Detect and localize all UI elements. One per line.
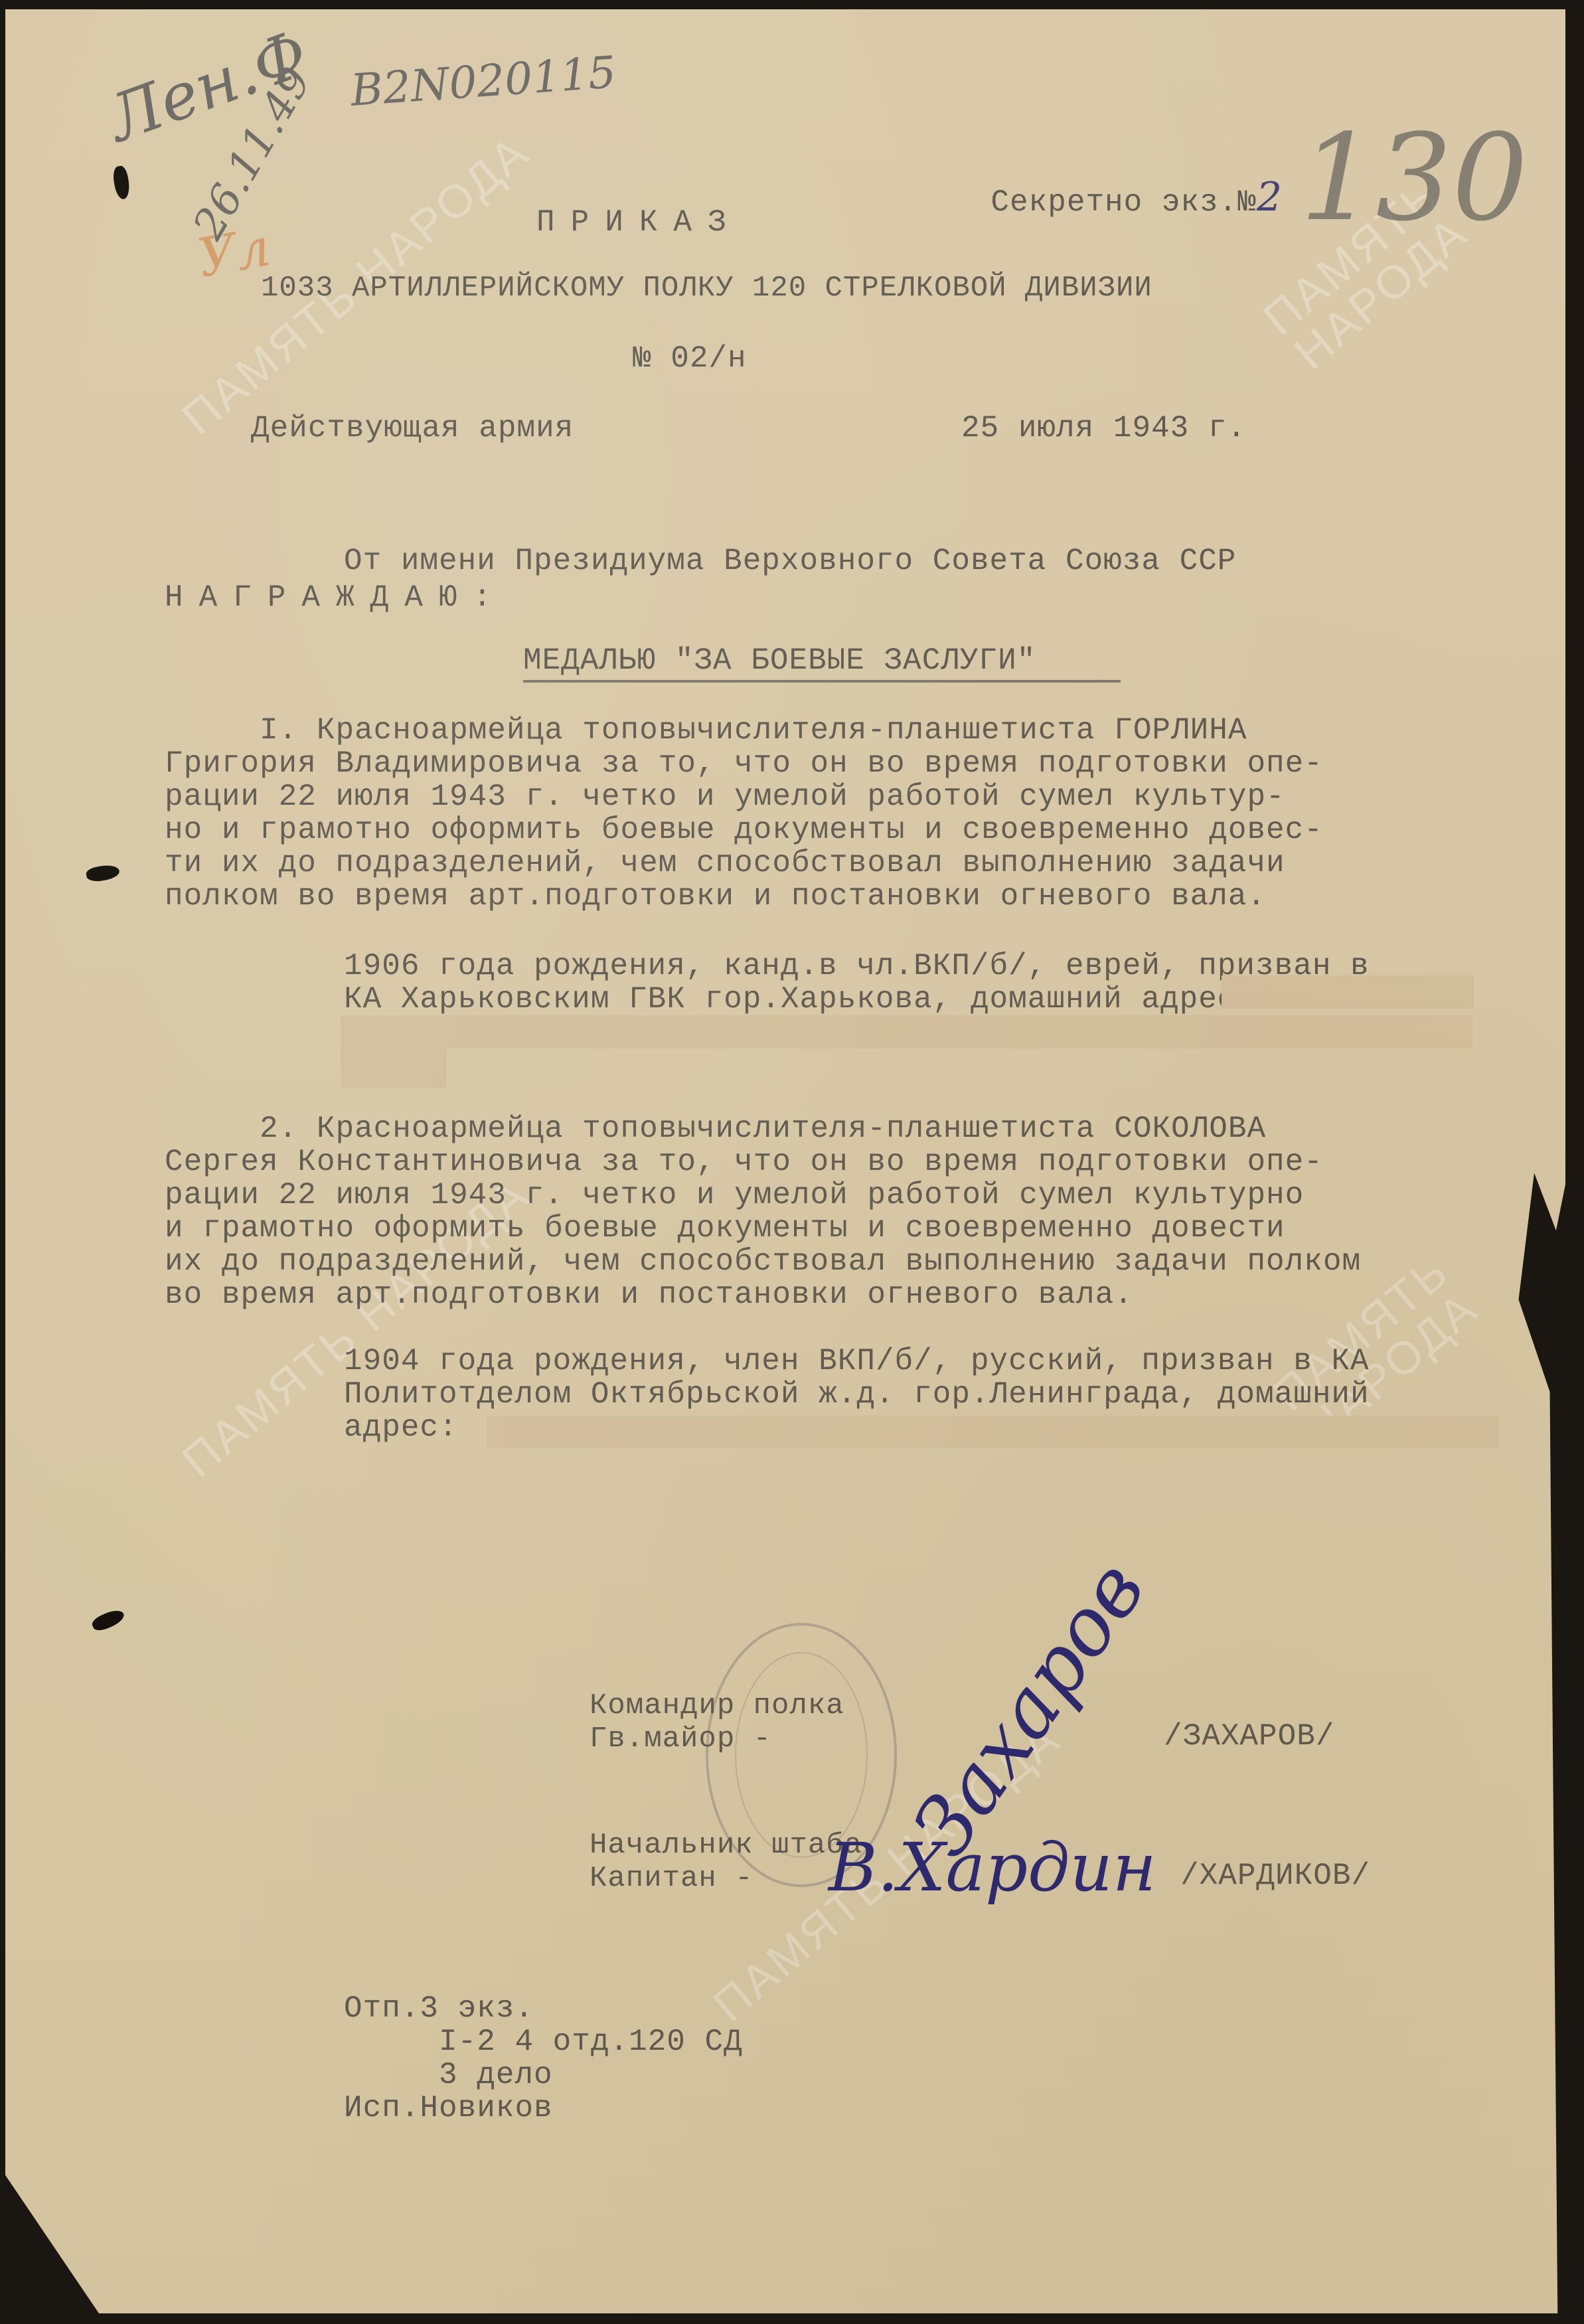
medal-name: МЕДАЛЬЮ "ЗА БОЕВЫЕ ЗАСЛУГИ" bbox=[523, 643, 1036, 678]
classification-label: Секретно экз.№ bbox=[990, 185, 1256, 220]
copy-number: 2 bbox=[1257, 174, 1283, 220]
official-stamp bbox=[706, 1623, 897, 1887]
distribution-line: I-2 4 отд.120 СД bbox=[344, 2025, 743, 2059]
page-title: ПРИКАЗ bbox=[536, 205, 742, 240]
bio-line: адрес: bbox=[344, 1410, 458, 1445]
watermark: ПАМЯТЬ НАРОДА bbox=[174, 127, 537, 443]
unit-subtitle: 1033 АРТИЛЛЕРИЙСКОМУ ПОЛКУ 120 СТРЕЛКОВО… bbox=[261, 272, 1152, 305]
preamble: От имени Президиума Верховного Совета Со… bbox=[344, 544, 1236, 578]
award-verb: НАГРАЖДАЮ: bbox=[165, 580, 507, 615]
distribution-line: Исп.Новиков bbox=[344, 2091, 553, 2125]
redacted-address bbox=[341, 1048, 447, 1088]
redacted-address bbox=[341, 1015, 1472, 1048]
signer-rank: Гв.майор - bbox=[590, 1722, 771, 1756]
entry-line: и грамотно оформить боевые документы и с… bbox=[165, 1211, 1285, 1246]
orange-mark: Ул bbox=[193, 216, 275, 289]
punch-hole bbox=[90, 1606, 127, 1633]
entry-line: полком во время арт.подготовки и постано… bbox=[165, 879, 1266, 914]
signature-autograph: В.Хардин bbox=[829, 1829, 1156, 1906]
redacted-address bbox=[487, 1416, 1499, 1448]
medal-underline bbox=[523, 680, 1121, 683]
signer-title: Начальник штаба bbox=[590, 1829, 862, 1862]
signer-name: /ХАРДИКОВ/ bbox=[1180, 1859, 1370, 1893]
distribution-line: Отп.3 экз. bbox=[344, 1991, 534, 2026]
entry-line: Сергея Константиновича за то, что он во … bbox=[165, 1145, 1323, 1179]
handwritten-note: Лен.Ф bbox=[98, 16, 317, 156]
order-date: 25 июля 1943 г. bbox=[961, 411, 1246, 446]
bio-line: Политотделом Октябрьской ж.д. гор.Ленинг… bbox=[344, 1377, 1370, 1412]
watermark-text: ПАМЯТЬ НАРОДА bbox=[173, 125, 539, 444]
watermark-text: ПАМЯТЬ НАРОДА bbox=[173, 1167, 539, 1487]
watermark-text: ПАМЯТЬ НАРОДА bbox=[704, 1712, 1070, 2031]
punch-hole bbox=[85, 863, 120, 883]
watermark: ПАМЯТЬ НАРОДА bbox=[174, 1170, 537, 1485]
entry-line: Григория Владимировича за то, что он во … bbox=[165, 746, 1323, 781]
signer-name: /ЗАХАРОВ/ bbox=[1164, 1719, 1334, 1754]
handwritten-date: 26.11.49 bbox=[184, 59, 321, 248]
entry-line: но и грамотно оформить боевые документы … bbox=[165, 813, 1323, 847]
distribution-line: 3 дело bbox=[344, 2058, 553, 2092]
entry-line: I. Красноармейца топовычислителя-планшет… bbox=[165, 713, 1247, 748]
order-number: № 02/н bbox=[633, 341, 747, 376]
watermark-text: ПАМЯТЬ НАРОДА bbox=[1253, 169, 1477, 379]
bio-line: 1906 года рождения, канд.в чл.ВКП/б/, ев… bbox=[344, 949, 1370, 983]
entry-line: во время арт.подготовки и постановки огн… bbox=[165, 1278, 1133, 1312]
document-page: ПАМЯТЬ НАРОДА ПАМЯТЬ НАРОДА ПАМЯТЬ НАРОД… bbox=[5, 9, 1565, 2313]
entry-line: ти их до подразделений, чем способствова… bbox=[165, 846, 1285, 880]
entry-line: 2. Красноармейца топовычислителя-планшет… bbox=[165, 1112, 1266, 1146]
punch-hole bbox=[112, 165, 131, 200]
stamp-inner-ring bbox=[735, 1652, 868, 1858]
watermark: ПАМЯТЬ НАРОДА bbox=[1184, 112, 1549, 439]
bio-line: 1904 года рождения, член ВКП/б/, русский… bbox=[344, 1344, 1370, 1378]
entry-line: их до подразделений, чем способствовал в… bbox=[165, 1244, 1361, 1279]
redacted-address bbox=[1222, 975, 1474, 1009]
watermark-text: ПАМЯТЬ НАРОДА bbox=[1263, 1245, 1487, 1455]
place: Действующая армия bbox=[251, 411, 574, 446]
classification: Секретно экз.№2 bbox=[915, 139, 1283, 255]
entry-line: рации 22 июля 1943 г. четко и умелой раб… bbox=[165, 780, 1285, 814]
archive-code: B2N020115 bbox=[349, 46, 618, 116]
watermark: ПАМЯТЬ НАРОДА bbox=[705, 1714, 1068, 2030]
entry-line: рации 22 июля 1943 г. четко и умелой раб… bbox=[165, 1178, 1304, 1212]
page-number: 130 bbox=[1300, 109, 1528, 248]
signer-rank: Капитан - bbox=[590, 1862, 753, 1895]
signature-autograph: Захаров bbox=[896, 1545, 1163, 1872]
watermark: ПАМЯТЬ НАРОДА bbox=[1202, 1193, 1551, 1508]
signer-title: Командир полка bbox=[590, 1689, 844, 1722]
bio-line: КА Харьковским ГВК гор.Харькова, домашни… bbox=[344, 982, 1255, 1017]
